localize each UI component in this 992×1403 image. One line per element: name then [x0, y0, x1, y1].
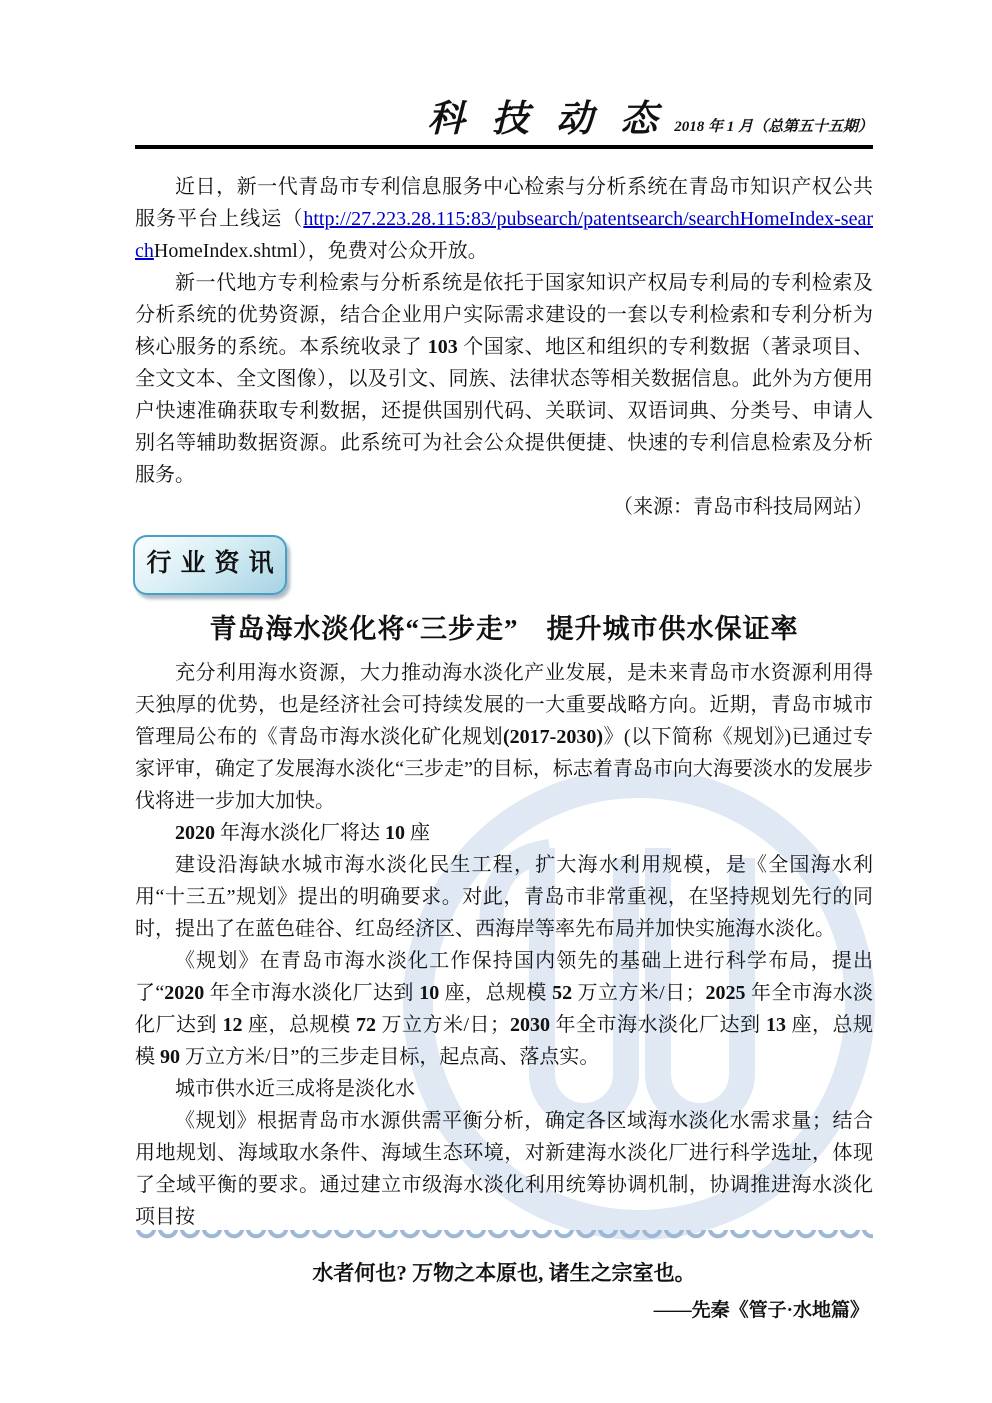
article1-paragraphs: 近日，新一代青岛市专利信息服务中心检索与分析系统在青岛市知识产权公共服务平台上线…	[135, 171, 873, 491]
bold-number: 2020	[175, 822, 215, 844]
bold-number: 10	[419, 982, 439, 1004]
footer-attribution: ——先秦《管子·水地篇》	[135, 1295, 869, 1322]
text-run: 万立方米/日”的三步走目标，起点高、落点实。	[180, 1046, 599, 1068]
bold-number: 72	[356, 1014, 376, 1036]
source-line: （来源：青岛市科技局网站）	[135, 491, 873, 523]
body-paragraph: 新一代地方专利检索与分析系统是依托于国家知识产权局专利局的专利检索及分析系统的优…	[135, 267, 873, 491]
text-run: 年全市海水淡化厂达到	[550, 1014, 766, 1036]
text-run: HomeIndex.shtml），免费对公众开放。	[154, 240, 488, 262]
section-badge: 行业资讯	[133, 535, 287, 595]
text-run: 万立方米/日；	[376, 1014, 510, 1036]
article-subheading: 城市供水近三成将是淡化水	[135, 1073, 873, 1105]
text-run: 万立方米/日；	[572, 982, 705, 1004]
text-run: 座	[405, 822, 430, 844]
footer-quote: 水者何也? 万物之本原也, 诸生之宗室也。	[135, 1257, 873, 1287]
masthead: 科 技 动 态 2018 年 1 月（总第五十五期）	[135, 0, 873, 141]
bold-number: 103	[428, 336, 458, 358]
text-run: 《规划》根据青岛市水源供需平衡分析，确定各区域海水淡化水需求量；结合用地规划、海…	[135, 1110, 873, 1228]
header-rule	[135, 145, 873, 149]
text-run: 个国家、地区和组织的专利数据（著录项目、全文文本、全文图像），以及引文、同族、法…	[135, 336, 873, 486]
text-run: 建设沿海缺水城市海水淡化民生工程，扩大海水利用规模，是《全国海水利用“十三五”规…	[135, 854, 873, 940]
article2-paragraphs: 充分利用海水资源，大力推动海水淡化产业发展，是未来青岛市水资源利用得天独厚的优势…	[135, 657, 873, 1233]
body-paragraph: 《规划》根据青岛市水源供需平衡分析，确定各区域海水淡化水需求量；结合用地规划、海…	[135, 1105, 873, 1233]
body-paragraph: 建设沿海缺水城市海水淡化民生工程，扩大海水利用规模，是《全国海水利用“十三五”规…	[135, 849, 873, 945]
text-run: 座，总规模	[439, 982, 552, 1004]
bold-number: 90	[160, 1046, 180, 1068]
bold-number: 2030	[510, 1014, 550, 1036]
bold-number: 2025	[706, 982, 746, 1004]
body-paragraph: 《规划》在青岛市海水淡化工作保持国内领先的基础上进行科学布局，提出了“2020 …	[135, 945, 873, 1073]
masthead-title: 科 技 动 态	[427, 100, 666, 141]
article-title: 青岛海水淡化将“三步走” 提升城市供水保证率	[135, 609, 873, 649]
section-badge-label: 行业资讯	[146, 550, 282, 577]
article-subheading: 2020 年海水淡化厂将达 10 座	[135, 817, 873, 849]
bold-number: (2017-2030)	[503, 726, 603, 748]
wave-divider	[135, 1230, 873, 1243]
masthead-issue: 2018 年 1 月（总第五十五期）	[674, 115, 873, 141]
page-footer: 水者何也? 万物之本原也, 诸生之宗室也。 ——先秦《管子·水地篇》	[135, 1230, 873, 1322]
bold-number: 13	[766, 1014, 786, 1036]
bold-number: 10	[385, 822, 405, 844]
text-run: 城市供水近三成将是淡化水	[175, 1078, 415, 1100]
body-paragraph: 近日，新一代青岛市专利信息服务中心检索与分析系统在青岛市知识产权公共服务平台上线…	[135, 171, 873, 267]
bold-number: 52	[552, 982, 572, 1004]
bold-number: 12	[223, 1014, 243, 1036]
text-run: 年海水淡化厂将达	[215, 822, 385, 844]
content-column: 科 技 动 态 2018 年 1 月（总第五十五期） 近日，新一代青岛市专利信息…	[0, 0, 992, 1233]
text-run: 座，总规模	[243, 1014, 357, 1036]
newsletter-page: 科 技 动 态 2018 年 1 月（总第五十五期） 近日，新一代青岛市专利信息…	[0, 0, 992, 1403]
text-run: 年全市海水淡化厂达到	[204, 982, 419, 1004]
bold-number: 2020	[164, 982, 204, 1004]
article-patent-system: 近日，新一代青岛市专利信息服务中心检索与分析系统在青岛市知识产权公共服务平台上线…	[135, 171, 873, 1233]
body-paragraph: 充分利用海水资源，大力推动海水淡化产业发展，是未来青岛市水资源利用得天独厚的优势…	[135, 657, 873, 817]
